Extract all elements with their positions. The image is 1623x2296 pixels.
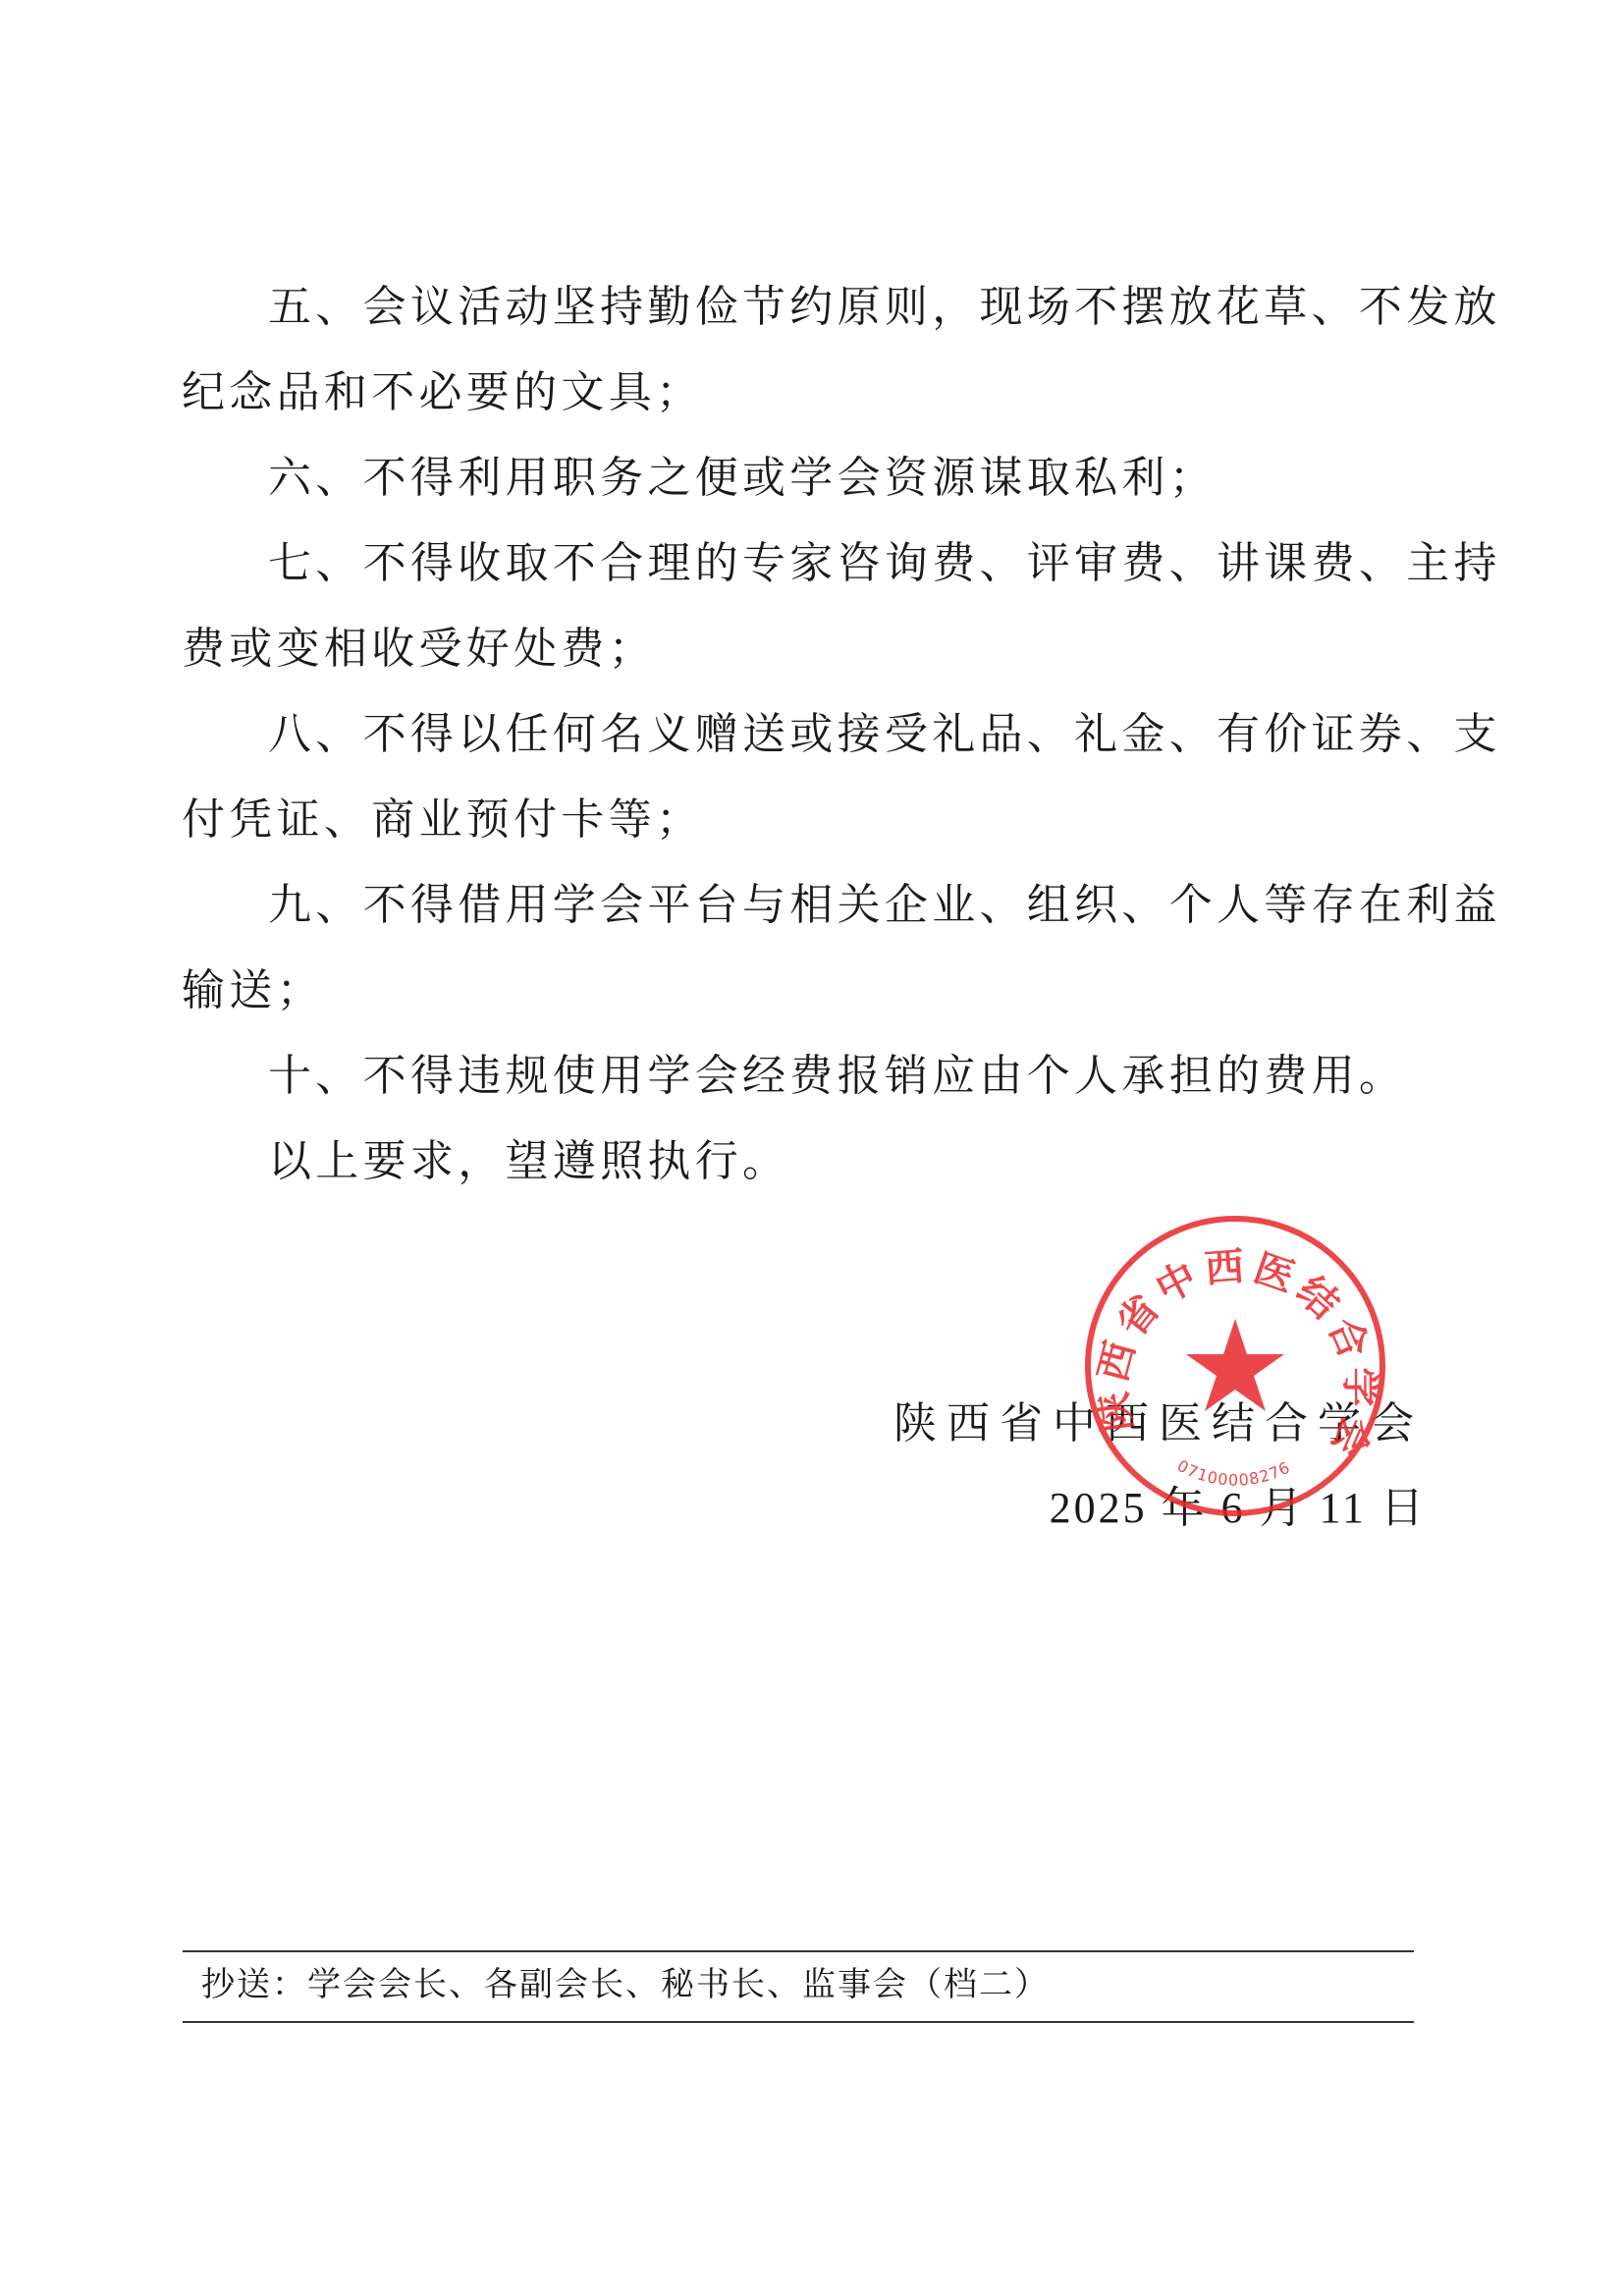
paragraph-7-line-1: 七、不得收取不合理的专家咨询费、评审费、讲课费、主持 xyxy=(268,534,1515,593)
paragraph-10-line-1: 十、不得违规使用学会经费报销应由个人承担的费用。 xyxy=(268,1047,1515,1106)
paragraph-9-line-1: 九、不得借用学会平台与相关企业、组织、个人等存在利益 xyxy=(268,876,1515,935)
paragraph-6-line-1: 六、不得利用职务之便或学会资源谋取私利； xyxy=(268,449,1515,508)
signature-date: 2025 年 6 月 11 日 xyxy=(1050,1479,1427,1538)
signature-organization: 陕西省中西医结合学会 xyxy=(893,1394,1424,1453)
closing-line: 以上要求，望遵照执行。 xyxy=(268,1132,1515,1191)
paragraph-7-line-2: 费或变相收受好处费； xyxy=(182,620,1429,679)
paragraph-8-line-1: 八、不得以任何名义赠送或接受礼品、礼金、有价证券、支 xyxy=(268,705,1515,764)
cc-bottom-rule xyxy=(183,2021,1414,2023)
cc-top-rule xyxy=(183,1950,1414,1952)
paragraph-5-line-1: 五、会议活动坚持勤俭节约原则，现场不摆放花草、不发放 xyxy=(268,278,1515,337)
paragraph-9-line-2: 输送； xyxy=(182,961,1429,1020)
official-seal-icon: 陕西省中西医结合学会 07100008276 xyxy=(1080,1211,1390,1521)
cc-line: 抄送：学会会长、各副会长、秘书长、监事会（档二） xyxy=(201,1960,1050,2009)
paragraph-5-line-2: 纪念品和不必要的文具； xyxy=(182,363,1429,422)
paragraph-8-line-2: 付凭证、商业预付卡等； xyxy=(182,791,1429,849)
